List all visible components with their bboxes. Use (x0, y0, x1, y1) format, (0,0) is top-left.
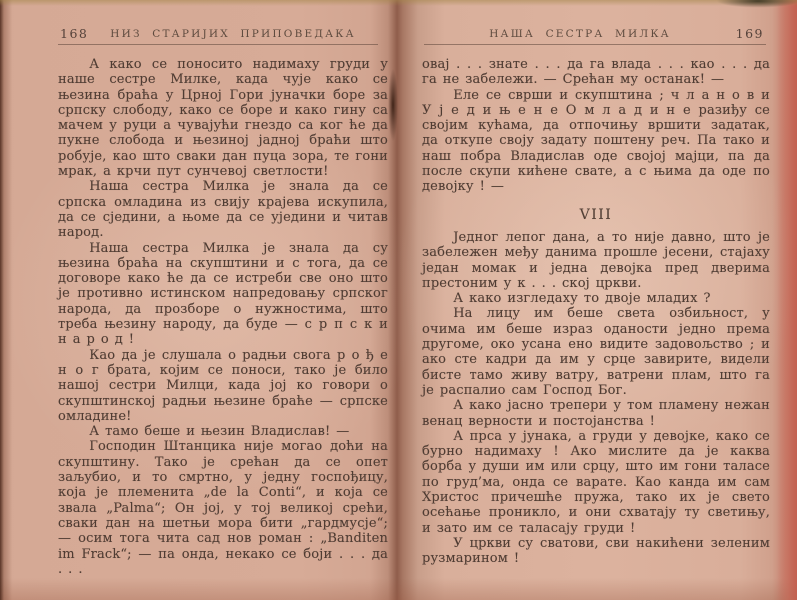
paragraph: Еле се сврши и скупштина ; ч л а н о в и… (422, 88, 770, 195)
paragraph: А тамо беше и њезин Владислав! — (58, 424, 388, 439)
left-page-header: 168 НИЗ СТАРИЈИХ ПРИПОВЕДАКА (58, 26, 378, 45)
section-heading: VIII (422, 208, 770, 223)
paragraph: У цркви су сватови, сви накићени зеленим… (422, 536, 770, 567)
left-running-head: НИЗ СТАРИЈИХ ПРИПОВЕДАКА (58, 28, 378, 40)
paragraph: Господин Штанцика није могао доћи на ску… (58, 439, 388, 577)
paragraph: На лицу им беше света озбиљност, у очима… (422, 306, 770, 398)
paragraph: Наша сестра Милка је знала да су њезина … (58, 241, 388, 348)
right-running-head: НАША СЕСТРА МИЛКА (424, 28, 766, 40)
paragraph-continuation: овај . . . знате . . . да га влада . . .… (422, 57, 770, 88)
paragraph: А прса у јунака, а груди у девојке, како… (422, 429, 770, 536)
book-scan: 168 НИЗ СТАРИЈИХ ПРИПОВЕДАКА А како се п… (0, 0, 797, 600)
left-text-block: А како се поносито надимаху груди у наше… (58, 57, 388, 577)
paragraph: Као да је слушала о радњи свога р о ђ е … (58, 348, 388, 424)
right-text-block: овај . . . знате . . . да га влада . . .… (422, 57, 770, 567)
paragraph: А како се поносито надимаху груди у наше… (58, 57, 388, 179)
right-page-header: НАША СЕСТРА МИЛКА 169 (424, 26, 766, 45)
paragraph: Наша сестра Милка је знала да се српска … (58, 179, 388, 240)
paragraph: А како изгледаху то двоје младих ? (422, 291, 770, 306)
paragraph: Једног лепог дана, а то није давно, што … (422, 230, 770, 291)
paragraph: А како јасно трепери у том пламену нежан… (422, 398, 770, 429)
right-page-number: 169 (736, 26, 764, 41)
